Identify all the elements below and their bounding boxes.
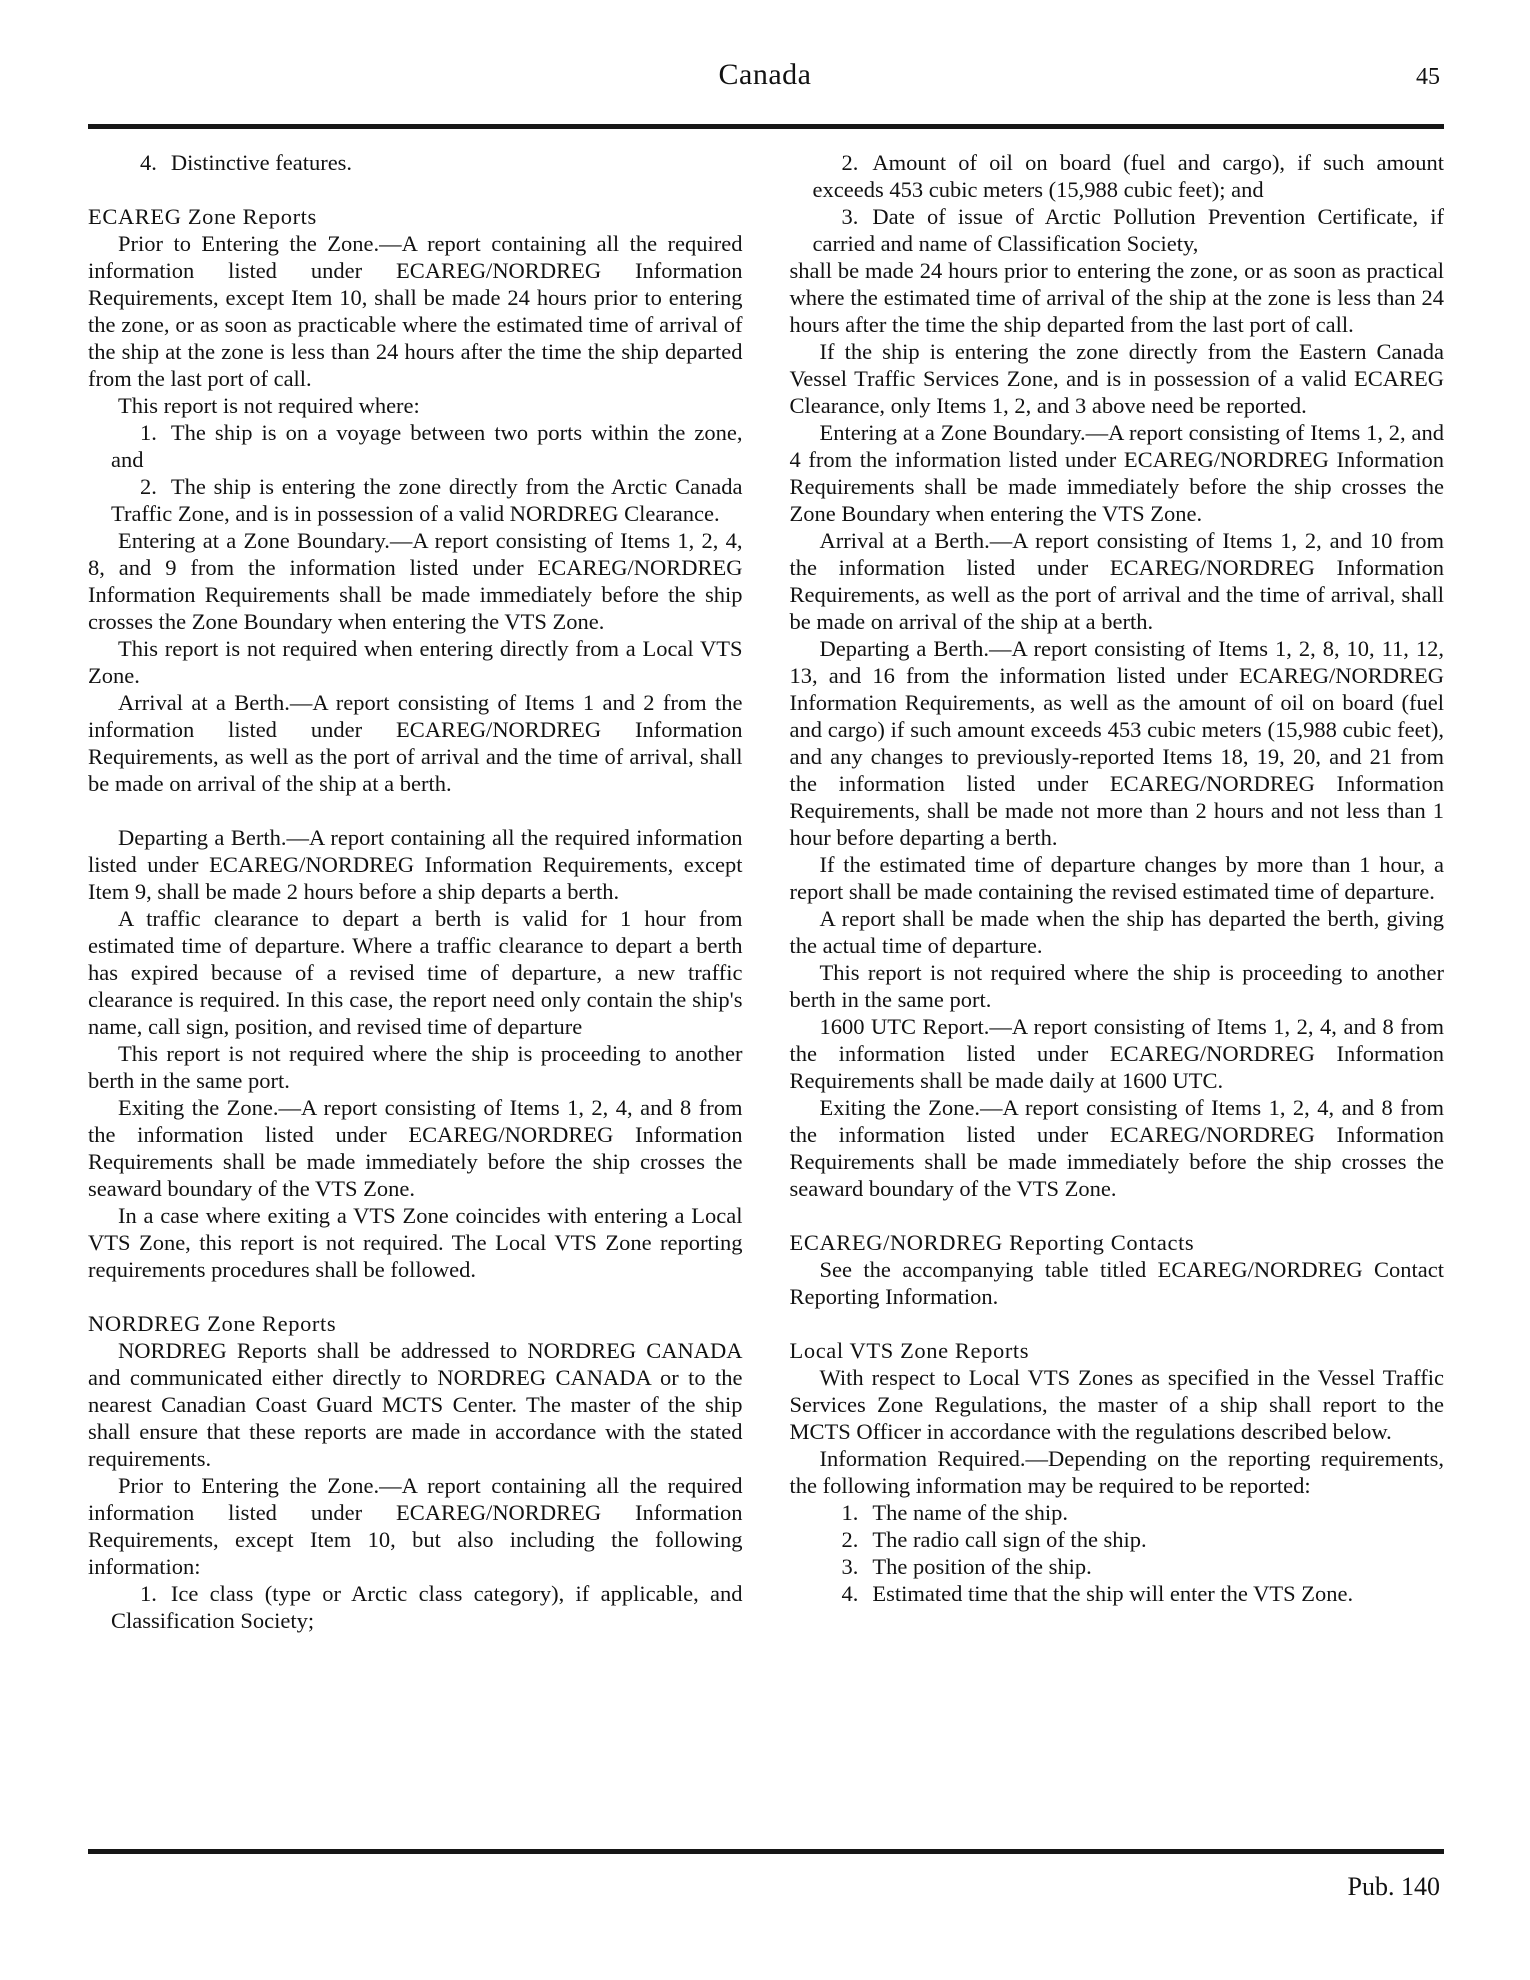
- paragraph: Departing a Berth.—A report consisting o…: [790, 635, 1445, 851]
- paragraph-spacer: [88, 797, 743, 824]
- paragraph: Information Required.—Depending on the r…: [790, 1445, 1445, 1499]
- paragraph: Departing a Berth.—A report containing a…: [88, 824, 743, 905]
- paragraph-spacer: [790, 1202, 1445, 1229]
- paragraph: Entering at a Zone Boundary.—A report co…: [790, 419, 1445, 527]
- numbered-list-item: 3.Date of issue of Arctic Pollution Prev…: [790, 203, 1445, 257]
- paragraph-spacer: [88, 1283, 743, 1310]
- footer-rule: [88, 1849, 1444, 1854]
- numbered-list-item: 2.The radio call sign of the ship.: [790, 1526, 1445, 1553]
- list-item-number: 2.: [842, 150, 859, 175]
- numbered-list-item: 1.Ice class (type or Arctic class catego…: [88, 1580, 743, 1634]
- numbered-list-item: 4.Estimated time that the ship will ente…: [790, 1580, 1445, 1607]
- page-title: Canada: [0, 58, 1530, 92]
- left-column: 4.Distinctive features.ECAREG Zone Repor…: [88, 149, 743, 1834]
- paragraph: shall be made 24 hours prior to entering…: [790, 257, 1445, 338]
- header-rule: [88, 124, 1444, 129]
- paragraph: Exiting the Zone.—A report consisting of…: [790, 1094, 1445, 1202]
- page-number: 45: [1416, 64, 1440, 91]
- numbered-list-item: 3.The position of the ship.: [790, 1553, 1445, 1580]
- list-item-text: Date of issue of Arctic Pollution Preven…: [813, 204, 1445, 256]
- paragraph: This report is not required when enterin…: [88, 635, 743, 689]
- list-item-text: The ship is on a voyage between two port…: [111, 420, 743, 472]
- right-column: 2.Amount of oil on board (fuel and cargo…: [790, 149, 1445, 1834]
- paragraph: If the estimated time of departure chang…: [790, 851, 1445, 905]
- two-column-text: 4.Distinctive features.ECAREG Zone Repor…: [88, 149, 1444, 1834]
- paragraph-spacer: [88, 176, 743, 203]
- list-item-text: The name of the ship.: [872, 1500, 1068, 1525]
- numbered-list-item: 1.The name of the ship.: [790, 1499, 1445, 1526]
- paragraph: Entering at a Zone Boundary.—A report co…: [88, 527, 743, 635]
- list-item-number: 1.: [140, 1581, 157, 1606]
- publication-number: Pub. 140: [1348, 1872, 1440, 1902]
- numbered-list-item: 2.Amount of oil on board (fuel and cargo…: [790, 149, 1445, 203]
- section-heading: Local VTS Zone Reports: [790, 1337, 1445, 1364]
- paragraph: 1600 UTC Report.—A report consisting of …: [790, 1013, 1445, 1094]
- list-item-number: 1.: [842, 1500, 859, 1525]
- numbered-list-item: 2.The ship is entering the zone directly…: [88, 473, 743, 527]
- list-item-number: 3.: [842, 1554, 859, 1579]
- paragraph: If the ship is entering the zone directl…: [790, 338, 1445, 419]
- paragraph-spacer: [790, 1310, 1445, 1337]
- list-item-number: 1.: [140, 420, 157, 445]
- list-item-number: 2.: [140, 474, 157, 499]
- paragraph: Arrival at a Berth.—A report consisting …: [88, 689, 743, 797]
- list-item-text: The position of the ship.: [872, 1554, 1091, 1579]
- list-item-text: Distinctive features.: [171, 150, 352, 175]
- paragraph: This report is not required where the sh…: [88, 1040, 743, 1094]
- section-heading: NORDREG Zone Reports: [88, 1310, 743, 1337]
- list-item-number: 2.: [842, 1527, 859, 1552]
- list-item-text: Estimated time that the ship will enter …: [872, 1581, 1353, 1606]
- numbered-list-item: 4.Distinctive features.: [88, 149, 743, 176]
- paragraph: Prior to Entering the Zone.—A report con…: [88, 1472, 743, 1580]
- list-item-number: 4.: [140, 150, 157, 175]
- paragraph: Arrival at a Berth.—A report consisting …: [790, 527, 1445, 635]
- document-page: Canada 45 4.Distinctive features.ECAREG …: [0, 0, 1530, 1980]
- section-heading: ECAREG Zone Reports: [88, 203, 743, 230]
- list-item-text: Amount of oil on board (fuel and cargo),…: [813, 150, 1445, 202]
- paragraph: A report shall be made when the ship has…: [790, 905, 1445, 959]
- paragraph: Exiting the Zone.—A report consisting of…: [88, 1094, 743, 1202]
- list-item-text: The radio call sign of the ship.: [872, 1527, 1146, 1552]
- list-item-text: Ice class (type or Arctic class category…: [111, 1581, 743, 1633]
- section-heading: ECAREG/NORDREG Reporting Contacts: [790, 1229, 1445, 1256]
- paragraph: This report is not required where the sh…: [790, 959, 1445, 1013]
- paragraph: A traffic clearance to depart a berth is…: [88, 905, 743, 1040]
- list-item-number: 4.: [842, 1581, 859, 1606]
- paragraph: This report is not required where:: [88, 392, 743, 419]
- paragraph: In a case where exiting a VTS Zone coinc…: [88, 1202, 743, 1283]
- list-item-number: 3.: [842, 204, 859, 229]
- paragraph: NORDREG Reports shall be addressed to NO…: [88, 1337, 743, 1472]
- list-item-text: The ship is entering the zone directly f…: [111, 474, 743, 526]
- numbered-list-item: 1.The ship is on a voyage between two po…: [88, 419, 743, 473]
- paragraph: With respect to Local VTS Zones as speci…: [790, 1364, 1445, 1445]
- paragraph: Prior to Entering the Zone.—A report con…: [88, 230, 743, 392]
- paragraph: See the accompanying table titled ECAREG…: [790, 1256, 1445, 1310]
